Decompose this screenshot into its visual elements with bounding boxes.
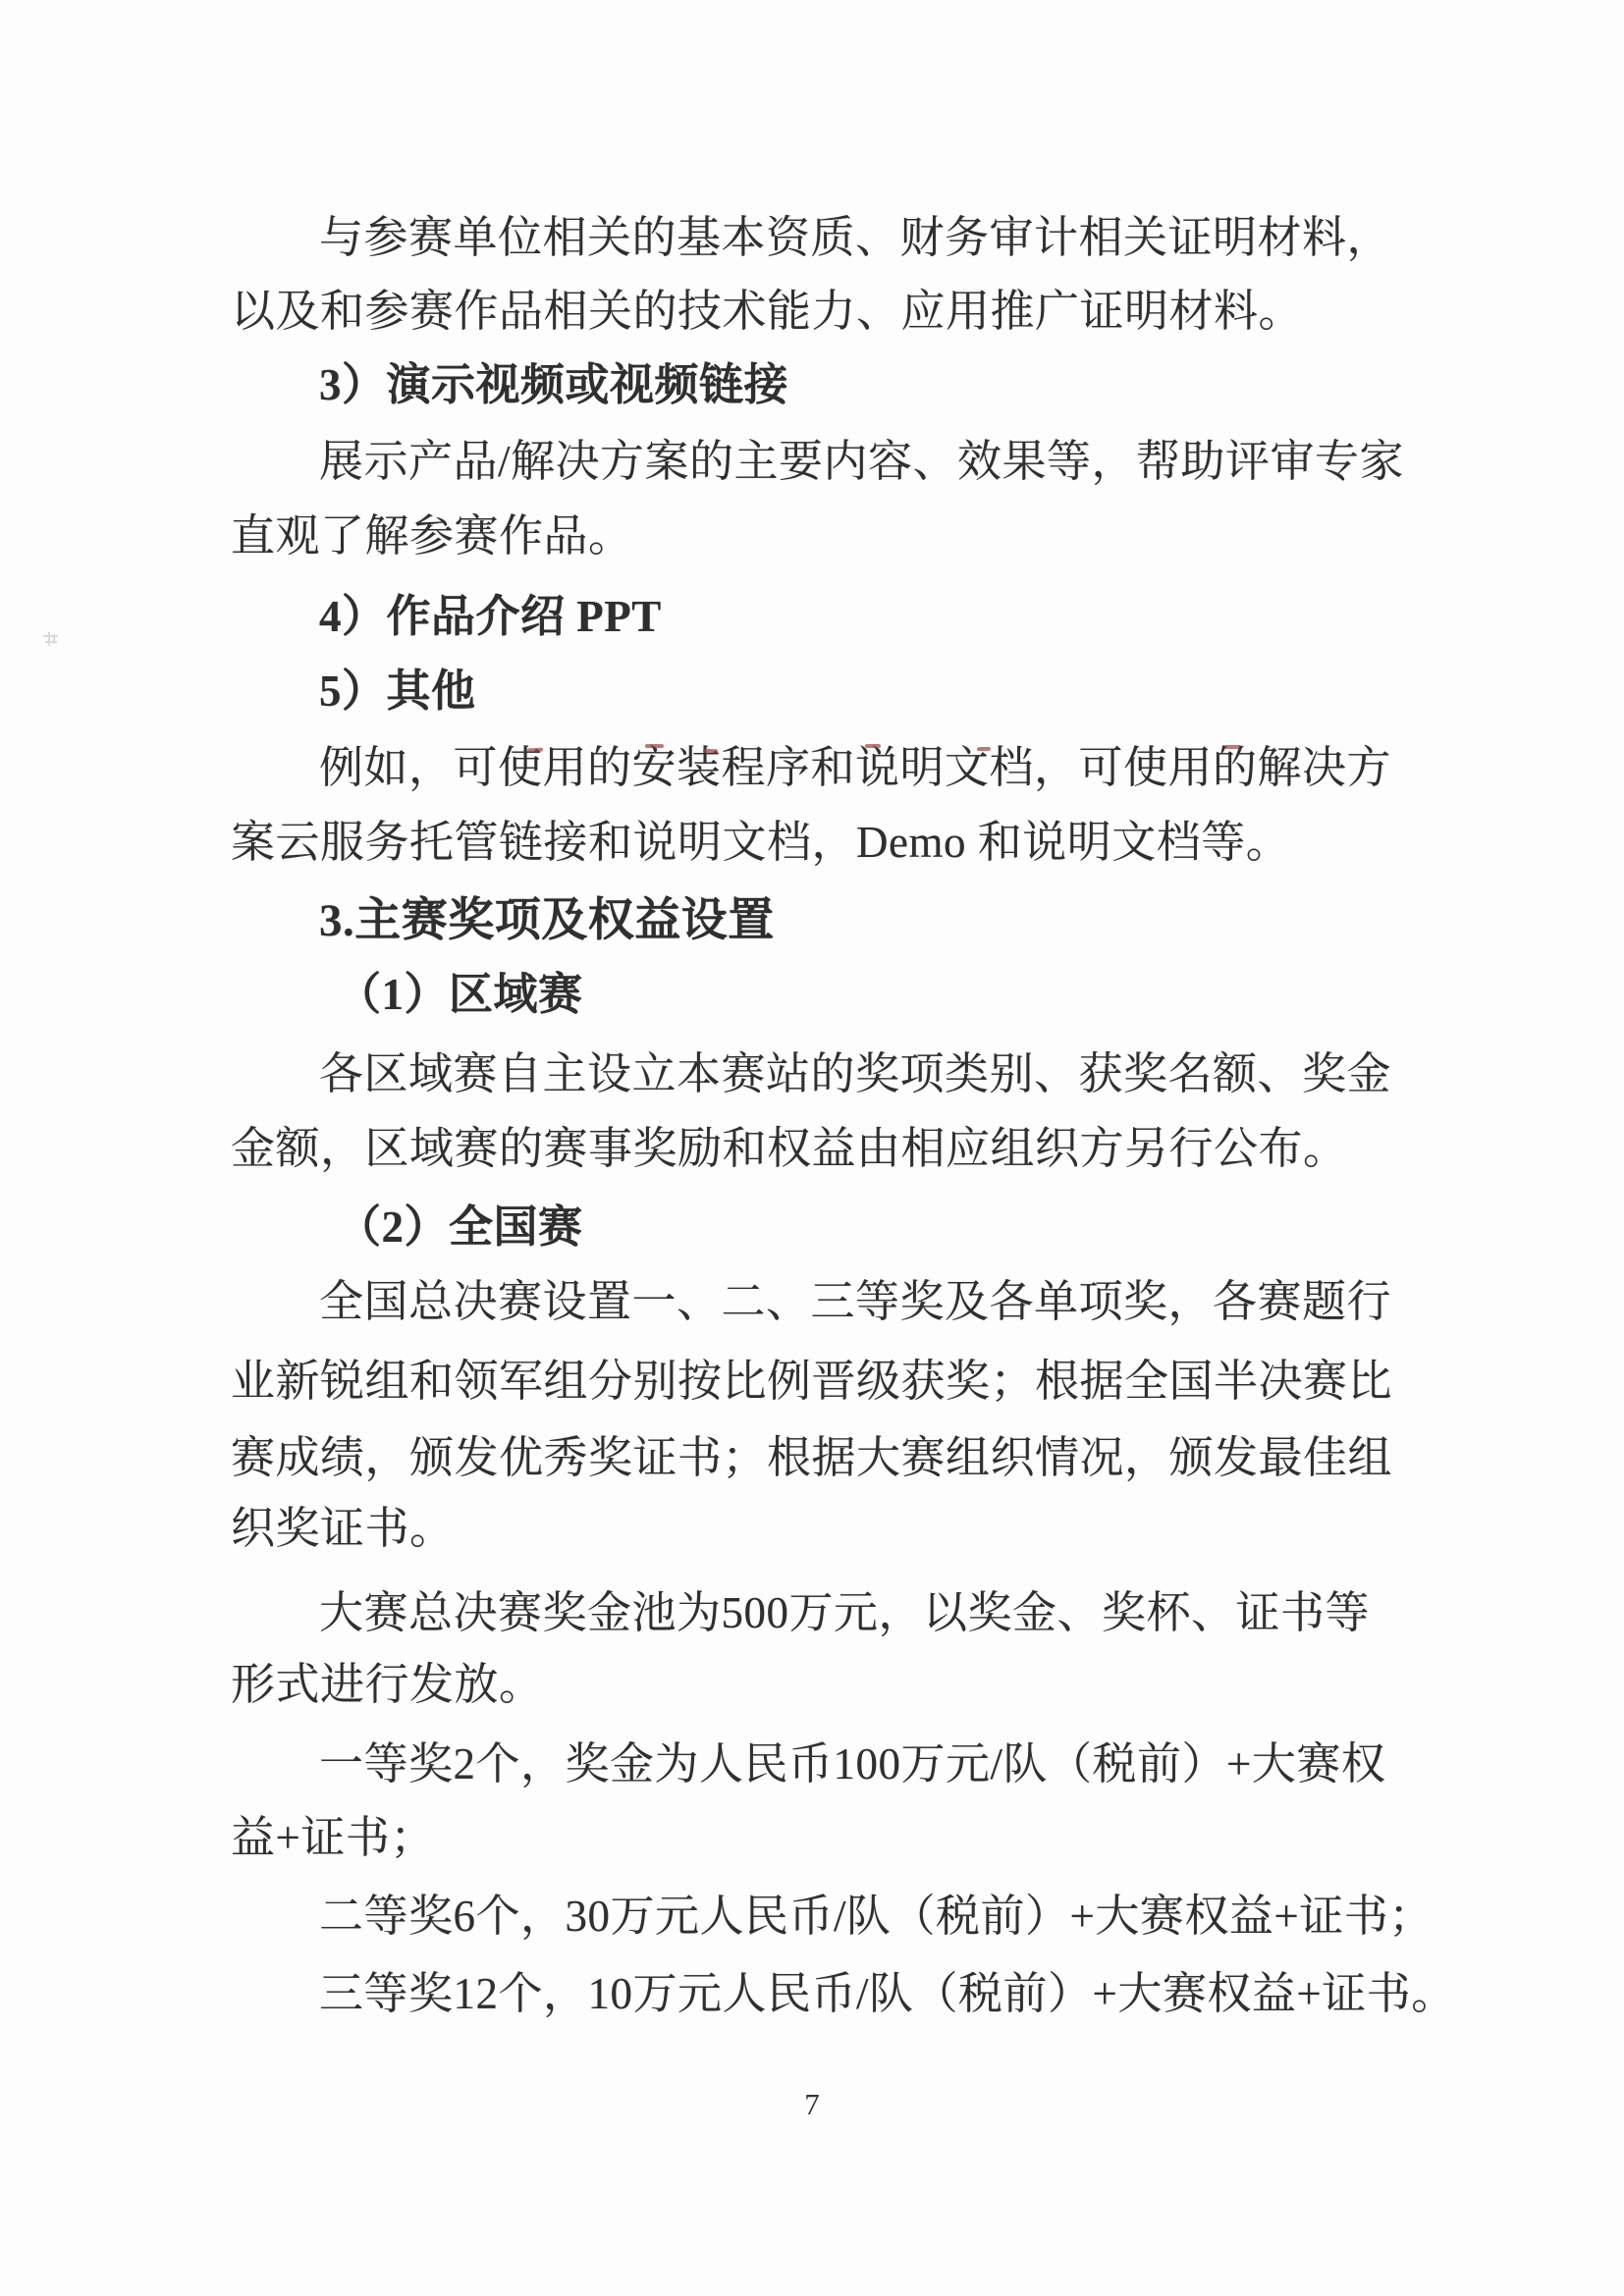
body-line: 以及和参赛作品相关的技术能力、应用推广证明材料。 bbox=[231, 274, 1303, 348]
heading-line: 5）其他 bbox=[319, 654, 476, 728]
body-line: 三等奖12个，10万元人民币/队（税前）+大赛权益+证书。 bbox=[319, 1956, 1456, 2031]
body-line: 直观了解参赛作品。 bbox=[231, 499, 633, 573]
red-ink-artifact bbox=[865, 744, 881, 748]
body-line: 赛成绩，颁发优秀奖证书；根据大赛组织情况，颁发最佳组 bbox=[231, 1420, 1392, 1495]
heading-line: （2）全国赛 bbox=[337, 1190, 583, 1264]
red-ink-artifact bbox=[645, 744, 664, 748]
body-line: 形式进行发放。 bbox=[231, 1647, 544, 1722]
body-line: 全国总决赛设置一、二、三等奖及各单项奖，各赛题行 bbox=[319, 1264, 1391, 1339]
red-ink-artifact bbox=[1224, 745, 1240, 749]
heading-line: 3）演示视频或视频链接 bbox=[319, 347, 788, 422]
red-ink-artifact bbox=[527, 748, 543, 753]
heading-line: （1）区域赛 bbox=[337, 957, 583, 1032]
body-line: 一等奖2个，奖金为人民币100万元/队（税前）+大赛权 bbox=[319, 1727, 1385, 1801]
body-line: 例如，可使用的安装程序和说明文档，可使用的解决方 bbox=[319, 730, 1391, 805]
scan-smudge-artifact bbox=[43, 630, 59, 648]
heading-line: 4）作品介绍 PPT bbox=[319, 579, 662, 654]
body-line: 金额，区域赛的赛事奖励和权益由相应组织方另行公布。 bbox=[231, 1111, 1348, 1186]
body-line: 各区域赛自主设立本赛站的奖项类别、获奖名额、奖金 bbox=[319, 1037, 1391, 1111]
body-line: 益+证书； bbox=[231, 1800, 435, 1875]
red-ink-artifact bbox=[703, 749, 718, 754]
body-line: 与参赛单位相关的基本资质、财务审计相关证明材料， bbox=[319, 200, 1391, 275]
body-line: 大赛总决赛奖金池为500万元，以奖金、奖杯、证书等 bbox=[319, 1575, 1370, 1650]
body-line: 展示产品/解决方案的主要内容、效果等，帮助评审专家 bbox=[319, 424, 1404, 499]
heading-line: 3.主赛奖项及权益设置 bbox=[319, 883, 775, 958]
body-line: 业新锐组和领军组分别按比例晋级获奖；根据全国半决赛比 bbox=[231, 1344, 1392, 1418]
page-number: 7 bbox=[0, 2083, 1624, 2126]
body-line: 二等奖6个，30万元人民币/队（税前）+大赛权益+证书； bbox=[319, 1879, 1434, 1953]
red-ink-artifact bbox=[977, 747, 991, 751]
body-line: 案云服务托管链接和说明文档，Demo 和说明文档等。 bbox=[231, 805, 1290, 880]
body-line: 织奖证书。 bbox=[231, 1491, 455, 1566]
document-page: 与参赛单位相关的基本资质、财务审计相关证明材料， 以及和参赛作品相关的技术能力、… bbox=[0, 0, 1624, 2296]
